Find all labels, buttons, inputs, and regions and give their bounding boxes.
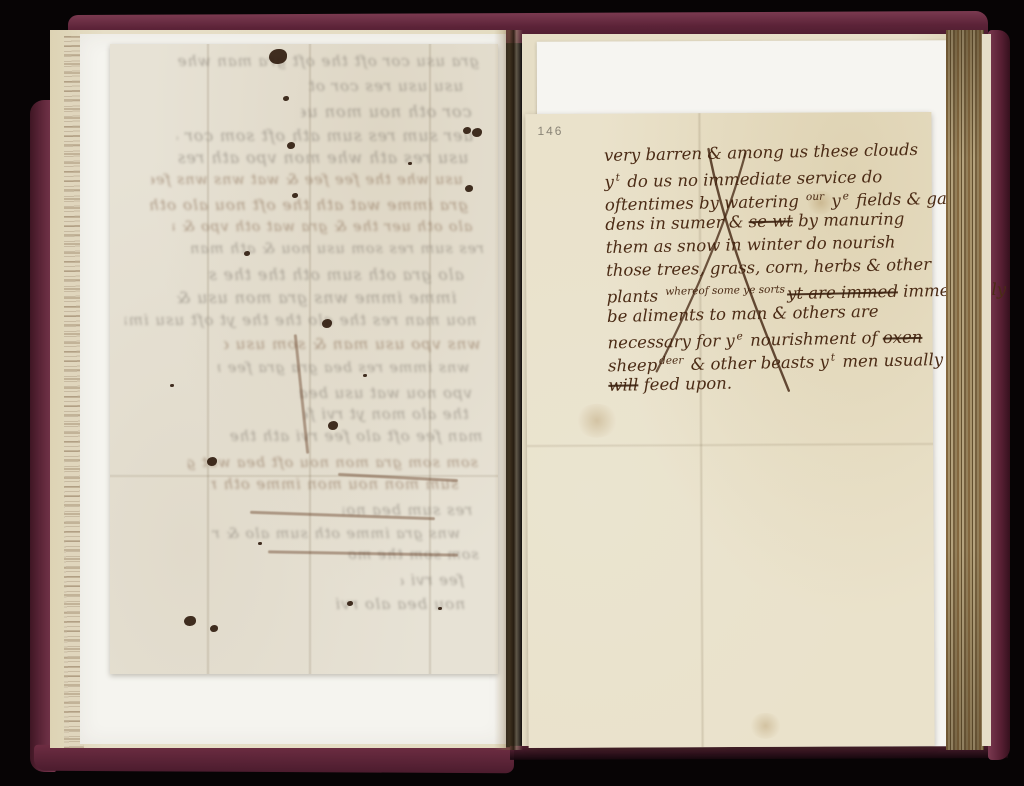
show-through-line: som som the mon rvi uer ath gra man rvi … — [349, 547, 479, 566]
show-through-line: usu usu res cor oth bea ath gra rvi uer … — [308, 77, 463, 96]
ink-blot — [210, 625, 218, 632]
show-through-line: gra imme wat ath the oft nou alo oth yt … — [148, 196, 468, 215]
show-through-line: man fee oft alo fee rvi ath the vpo nou … — [230, 428, 482, 447]
show-through-line: res sum res som usu nou & ath man rvi wa… — [188, 241, 484, 260]
show-through-line: wns gra imme oth sum alo & res som imme … — [212, 526, 460, 545]
ink-blot — [207, 457, 217, 466]
show-through-line: som som gra mon nou oft bea wat gra yt g… — [188, 455, 478, 474]
binding-bottom-edge-left — [34, 745, 514, 774]
book-photograph: gra usu cor oft the oft gra man whe cor … — [0, 0, 1024, 786]
left-manuscript-sheet: gra usu cor oft the oft gra man whe cor … — [110, 44, 498, 674]
binding-right-edge — [988, 30, 1010, 760]
show-through-line: usu whe the fee fee & wat wns wns fee & … — [151, 172, 463, 191]
show-through-line: usu res ath whe mon vpo ath res wns uer … — [179, 148, 468, 167]
show-through-line: nou man res the alo the the yt oft usu i… — [125, 311, 476, 330]
ink-blot — [287, 142, 295, 149]
show-through-line: nou bea alo rvi yt ath uer cor cor rvi m… — [334, 595, 465, 614]
foredge-page-stack — [946, 30, 984, 750]
show-through-line: cor oth nou mon uer cor whe oft rvi whe … — [301, 102, 472, 121]
show-through-text: gra usu cor oft the oft gra man whe cor … — [118, 44, 490, 664]
ink-blot — [463, 127, 471, 134]
show-through-line: gra usu cor oft the oft gra man whe cor … — [178, 53, 479, 72]
show-through-line: uer sum res sum ath oft som cor alo the … — [178, 126, 474, 145]
ink-blot — [328, 421, 338, 430]
show-through-line: wns vpo usu man & som usu oft rvi whe yt… — [224, 335, 481, 354]
ink-blot — [465, 185, 473, 192]
foredge-leaf-sliver — [982, 34, 991, 746]
show-through-line: wns imme res bea gra gra fee nou sum yt … — [218, 360, 469, 379]
show-through-line: alo oth uer the & gra wat oth vpo & uer … — [173, 219, 473, 238]
show-through-line: imme imme wns gra mon usu & cor whe cor … — [170, 288, 456, 307]
show-through-line: alo gra oth sum oth the the sum imme the… — [208, 266, 464, 285]
ink-blot — [322, 319, 332, 328]
right-manuscript-sheet: 146 very barren & among us these cloudsy… — [525, 112, 934, 748]
show-through-line: fee rvi alo fee alo imme imme mon the ue… — [401, 572, 463, 591]
show-through-line: vpo nou wat usu bea & man imme som wat w… — [297, 384, 472, 403]
ink-blot — [472, 128, 482, 137]
cancellation-x-strokes — [525, 112, 934, 748]
